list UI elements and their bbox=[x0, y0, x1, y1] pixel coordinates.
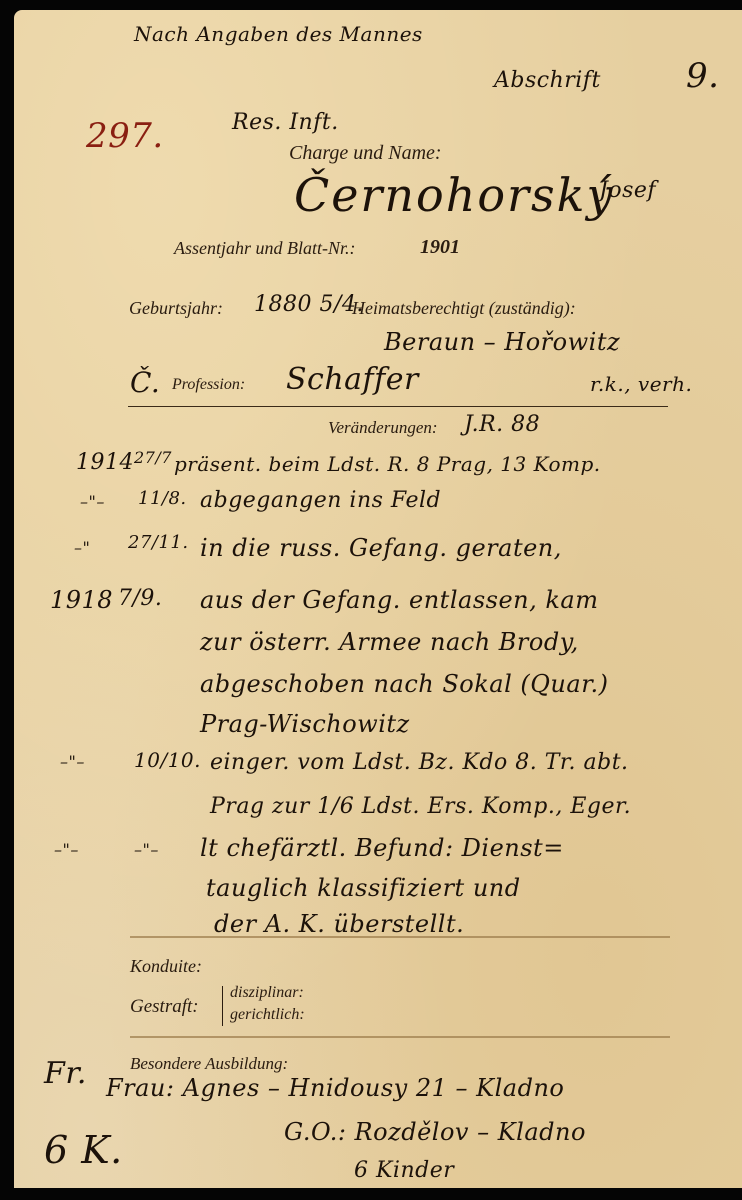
children-line: 6 Kinder bbox=[354, 1158, 454, 1183]
change-year: 1918 bbox=[50, 586, 113, 614]
gestraft-end-rule bbox=[130, 1036, 670, 1038]
assentjahr-value: 1901 bbox=[420, 236, 460, 259]
change-year: –"– bbox=[54, 840, 79, 859]
profession-rule bbox=[128, 406, 668, 407]
change-text: aus der Gefang. entlassen, kam bbox=[200, 586, 598, 614]
geburtsjahr-value: 1880 5/4. bbox=[254, 292, 364, 317]
religion-status: r.k., verh. bbox=[590, 372, 692, 396]
heimat-value: Beraun – Hořowitz bbox=[384, 328, 620, 356]
header-note: Nach Angaben des Mannes bbox=[134, 22, 423, 46]
profession-value: Schaffer bbox=[286, 362, 419, 397]
change-text: einger. vom Ldst. Bz. Kdo 8. Tr. abt. bbox=[210, 750, 629, 775]
change-year: –"– bbox=[80, 492, 105, 511]
changes-end-rule bbox=[130, 936, 670, 938]
change-date: 7/9. bbox=[118, 586, 162, 611]
first-name: Josef bbox=[599, 178, 656, 203]
ausbildung-label: Besondere Ausbildung: bbox=[130, 1054, 288, 1074]
rank: Res. Inft. bbox=[232, 110, 339, 135]
assentjahr-label: Assentjahr und Blatt-Nr.: bbox=[174, 238, 356, 259]
record-card: Nach Angaben des Mannes Abschrift 9. 297… bbox=[14, 10, 742, 1188]
margin-6k: 6 K. bbox=[44, 1128, 123, 1172]
change-year: –"– bbox=[60, 752, 85, 771]
change-text: Prag zur 1/6 Ldst. Ers. Komp., Eger. bbox=[210, 794, 631, 819]
heimat-label: Heimatsberechtigt (zuständig): bbox=[352, 298, 576, 319]
record-number: 297. bbox=[86, 116, 164, 156]
surname: Černohorský bbox=[294, 168, 615, 222]
change-date: –"– bbox=[134, 840, 159, 859]
brace-icon bbox=[222, 986, 223, 1026]
change-year: 1914 bbox=[76, 450, 134, 475]
residence-line: G.O.: Rozdělov – Kladno bbox=[284, 1118, 586, 1146]
geburtsjahr-label: Geburtsjahr: bbox=[129, 298, 223, 319]
charge-name-label: Charge und Name: bbox=[289, 142, 442, 165]
change-date: 27/11. bbox=[128, 532, 189, 553]
change-year: –" bbox=[74, 538, 90, 557]
change-text: abgegangen ins Feld bbox=[200, 488, 441, 513]
change-text: lt chefärztl. Befund: Dienst= bbox=[200, 834, 564, 862]
copy-mark: Abschrift bbox=[494, 68, 601, 93]
gerichtlich-label: gerichtlich: bbox=[230, 1006, 305, 1024]
disziplinar-label: disziplinar: bbox=[230, 984, 304, 1002]
margin-fr: Fr. bbox=[44, 1056, 87, 1091]
change-text: der A. K. überstellt. bbox=[214, 910, 464, 938]
change-text: abgeschoben nach Sokal (Quar.) bbox=[200, 670, 609, 698]
change-text: tauglich klassifiziert und bbox=[206, 874, 521, 902]
nationality-mark: Č. bbox=[130, 366, 160, 399]
veraenderungen-unit: J.R. 88 bbox=[464, 412, 540, 437]
change-text: zur österr. Armee nach Brody, bbox=[200, 628, 579, 656]
change-date: 27/7 bbox=[134, 448, 172, 467]
change-text: in die russ. Gefang. geraten, bbox=[200, 534, 562, 562]
change-date: 10/10. bbox=[134, 748, 201, 772]
page-mark: 9. bbox=[686, 56, 719, 96]
profession-label: Profession: bbox=[172, 376, 245, 394]
change-text: präsent. beim Ldst. R. 8 Prag, 13 Komp. bbox=[174, 452, 601, 476]
wife-line: Frau: Agnes – Hnidousy 21 – Kladno bbox=[106, 1074, 564, 1102]
konduite-label: Konduite: bbox=[130, 956, 202, 977]
change-text: Prag-Wischowitz bbox=[200, 710, 410, 738]
gestraft-label: Gestraft: bbox=[130, 996, 199, 1018]
veraenderungen-label: Veränderungen: bbox=[328, 418, 438, 438]
change-date: 11/8. bbox=[138, 488, 187, 509]
